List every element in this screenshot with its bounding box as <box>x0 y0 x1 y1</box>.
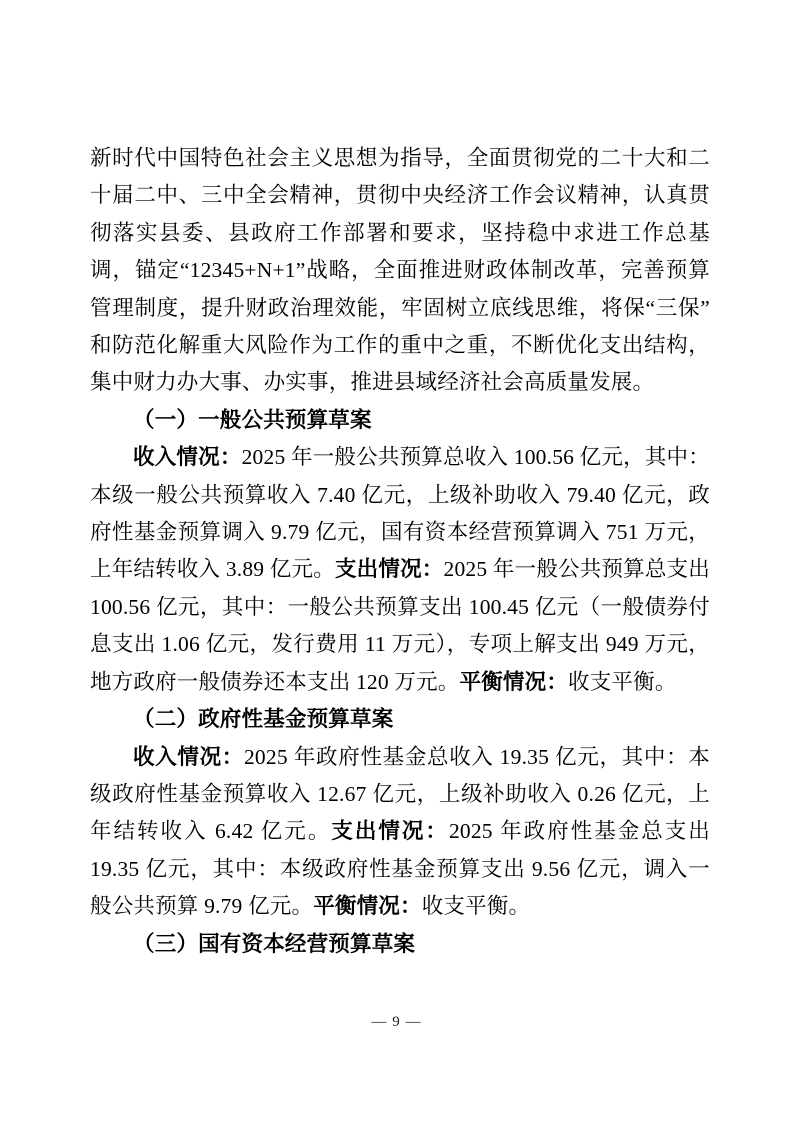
expense-status-label: 支出情况： <box>335 557 444 581</box>
section-paragraph-government-fund-budget: 收入情况：2025 年政府性基金总收入 19.35 亿元，其中：本级政府性基金预… <box>90 739 710 926</box>
income-status-label: 收入情况： <box>133 745 244 769</box>
section-paragraph-general-public-budget: 收入情况：2025 年一般公共预算总收入 100.56 亿元，其中：本级一般公共… <box>90 439 710 701</box>
income-status-label: 收入情况： <box>133 445 242 469</box>
section-heading-state-capital-budget: （三）国有资本经营预算草案 <box>90 926 710 963</box>
document-body: 新时代中国特色社会主义思想为指导，全面贯彻党的二十大和二十届二中、三中全会精神，… <box>90 140 710 963</box>
section-heading-government-fund-budget: （二）政府性基金预算草案 <box>90 701 710 738</box>
section-heading-general-public-budget: （一）一般公共预算草案 <box>90 402 710 439</box>
expense-status-label: 支出情况： <box>331 819 449 843</box>
balance-status-label: 平衡情况： <box>313 894 422 918</box>
page-footer: — 9 — <box>0 1012 793 1032</box>
page-number: — 9 — <box>372 1014 422 1030</box>
intro-paragraph: 新时代中国特色社会主义思想为指导，全面贯彻党的二十大和二十届二中、三中全会精神，… <box>90 140 710 402</box>
balance-status-text: 收支平衡。 <box>568 670 677 694</box>
balance-status-label: 平衡情况： <box>460 670 569 694</box>
balance-status-text: 收支平衡。 <box>422 894 531 918</box>
document-page: 新时代中国特色社会主义思想为指导，全面贯彻党的二十大和二十届二中、三中全会精神，… <box>0 0 793 1122</box>
